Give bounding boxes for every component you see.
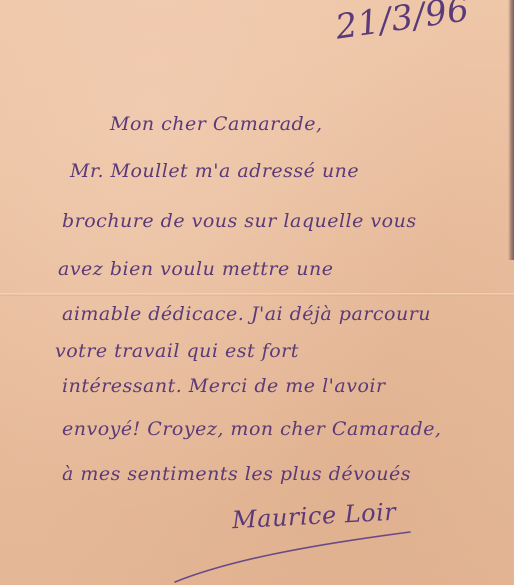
letter-body-line: votre travail qui est fort <box>55 340 299 362</box>
letter-body-line: brochure de vous sur laquelle vous <box>62 210 417 232</box>
paper-fold-line <box>0 293 514 296</box>
page-edge-shadow <box>508 0 514 260</box>
letter-salutation: Mon cher Camarade, <box>110 113 322 135</box>
letter-body-line: intéressant. Merci de me l'avoir <box>62 375 386 397</box>
signature-flourish-icon <box>170 520 430 585</box>
letter-body-line: Mr. Moullet m'a adressé une <box>70 160 359 182</box>
letter-body-line: avez bien voulu mettre une <box>58 258 334 280</box>
letter-body-line: envoyé! Croyez, mon cher Camarade, <box>62 418 441 440</box>
letter-closing: à mes sentiments les plus dévoués <box>62 463 411 485</box>
letter-body-line: aimable dédicace. J'ai déjà parcouru <box>62 303 431 325</box>
